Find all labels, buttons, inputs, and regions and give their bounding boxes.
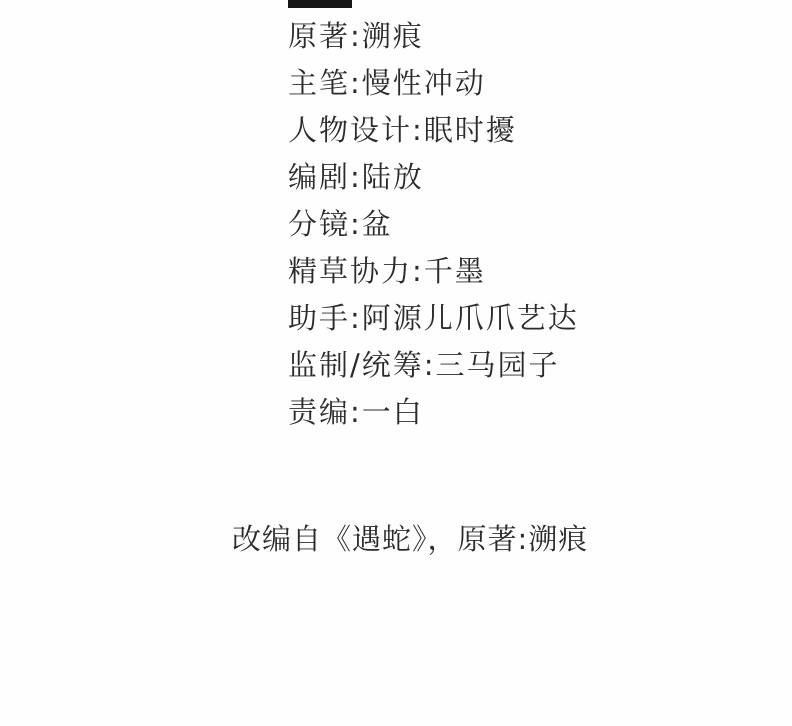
credit-line-screenwriter: 编剧:陆放 bbox=[288, 154, 579, 201]
credit-line-character-design: 人物设计:眠时擾 bbox=[288, 107, 579, 154]
credit-line-producer: 监制/统筹:三马园子 bbox=[288, 342, 579, 389]
adaptation-note: 改编自《遇蛇》，原著:溯痕 bbox=[232, 516, 588, 563]
credit-line-assistants: 助手:阿源儿爪爪艺达 bbox=[288, 295, 579, 342]
credit-line-storyboard: 分镜:盆 bbox=[288, 201, 579, 248]
comic-credits-page: 原著:溯痕 主笔:慢性冲动 人物设计:眠时擾 编剧:陆放 分镜:盆 精草协力:千… bbox=[0, 0, 792, 726]
cropped-title-banner-fragment bbox=[288, 0, 352, 8]
credit-line-lead-artist: 主笔:慢性冲动 bbox=[288, 60, 579, 107]
credit-line-original-author: 原著:溯痕 bbox=[288, 13, 579, 60]
credit-line-editor: 责编:一白 bbox=[288, 389, 579, 436]
credit-line-draft-assist: 精草协力:千墨 bbox=[288, 248, 579, 295]
credits-list: 原著:溯痕 主笔:慢性冲动 人物设计:眠时擾 编剧:陆放 分镜:盆 精草协力:千… bbox=[288, 13, 579, 436]
